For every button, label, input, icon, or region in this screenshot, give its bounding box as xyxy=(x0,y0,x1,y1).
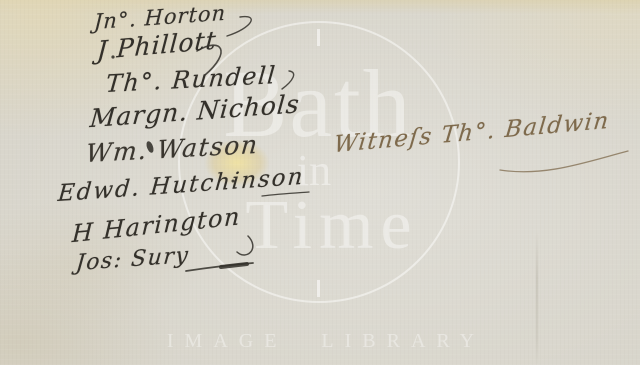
paper-crease xyxy=(536,232,538,365)
watermark-word-time: Time xyxy=(245,191,418,261)
watermark-tick-bottom xyxy=(317,280,320,297)
watermark-tick-top xyxy=(317,29,320,46)
document-photo: Bath in Time IMAGE LIBRARY Jn°. Horton J… xyxy=(0,0,640,365)
watermark-image-library: IMAGE LIBRARY xyxy=(167,331,485,351)
signature-line: Jos: Sury xyxy=(75,243,190,276)
